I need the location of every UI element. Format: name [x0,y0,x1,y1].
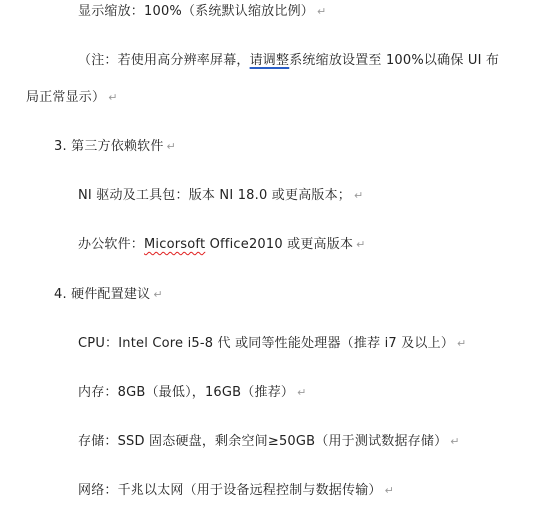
note-suffix: 系统缩放设置至 100%以确保 UI 布 [289,53,499,68]
grammar-flagged-text[interactable]: 请调整 [250,53,290,68]
cpu-text: CPU：Intel Core i5-8 代 或同等性能处理器（推荐 i7 及以上… [78,336,454,351]
paragraph-mark-icon: ↵ [153,288,162,301]
ni-driver-text: NI 驱动及工具包：版本 NI 18.0 或更高版本； [78,188,351,203]
paragraph-mark-icon: ↵ [385,484,394,497]
section-4-heading: 4. 硬件配置建议↵ [54,286,163,304]
office-suffix: Office2010 或更高版本 [205,237,353,252]
paragraph-mark-icon: ↵ [167,140,176,153]
memory-text: 内存：8GB（最低），16GB（推荐） [78,385,294,400]
display-scale-line: 显示缩放：100%（系统默认缩放比例）↵ [78,3,326,21]
section-4-item-storage: 存储：SSD 固态硬盘，剩余空间≥50GB（用于测试数据存储）↵ [78,433,460,451]
paragraph-mark-icon: ↵ [317,5,326,18]
paragraph-mark-icon: ↵ [457,337,466,350]
section-4-heading-text: 4. 硬件配置建议 [54,287,150,302]
paragraph-mark-icon: ↵ [354,189,363,202]
storage-text: 存储：SSD 固态硬盘，剩余空间≥50GB（用于测试数据存储） [78,434,447,449]
section-3-item-office: 办公软件：Micorsoft Office2010 或更高版本↵ [78,236,366,254]
note-continuation: 局正常显示） [26,90,105,105]
spelling-flagged-text[interactable]: Micorsoft [144,237,205,252]
section-4-item-network: 网络：千兆以太网（用于设备远程控制与数据传输）↵ [78,482,394,500]
section-4-item-memory: 内存：8GB（最低），16GB（推荐）↵ [78,384,307,402]
display-scale-label: 显示缩放： [78,4,144,19]
paragraph-mark-icon: ↵ [108,91,117,104]
office-prefix: 办公软件： [78,237,144,252]
paragraph-mark-icon: ↵ [450,435,459,448]
section-3-heading: 3. 第三方依赖软件↵ [54,138,176,156]
note-line: （注：若使用高分辨率屏幕，请调整系统缩放设置至 100%以确保 UI 布 [78,52,499,70]
section-3-item-ni-driver: NI 驱动及工具包：版本 NI 18.0 或更高版本；↵ [78,187,363,205]
section-3-heading-text: 3. 第三方依赖软件 [54,139,164,154]
paragraph-mark-icon: ↵ [297,386,306,399]
note-continuation-line: 局正常显示）↵ [26,89,118,107]
section-4-item-cpu: CPU：Intel Core i5-8 代 或同等性能处理器（推荐 i7 及以上… [78,335,466,353]
network-text: 网络：千兆以太网（用于设备远程控制与数据传输） [78,483,382,498]
paragraph-mark-icon: ↵ [356,238,365,251]
note-prefix: （注：若使用高分辨率屏幕， [78,53,250,68]
display-scale-value: 100%（系统默认缩放比例） [144,4,314,19]
